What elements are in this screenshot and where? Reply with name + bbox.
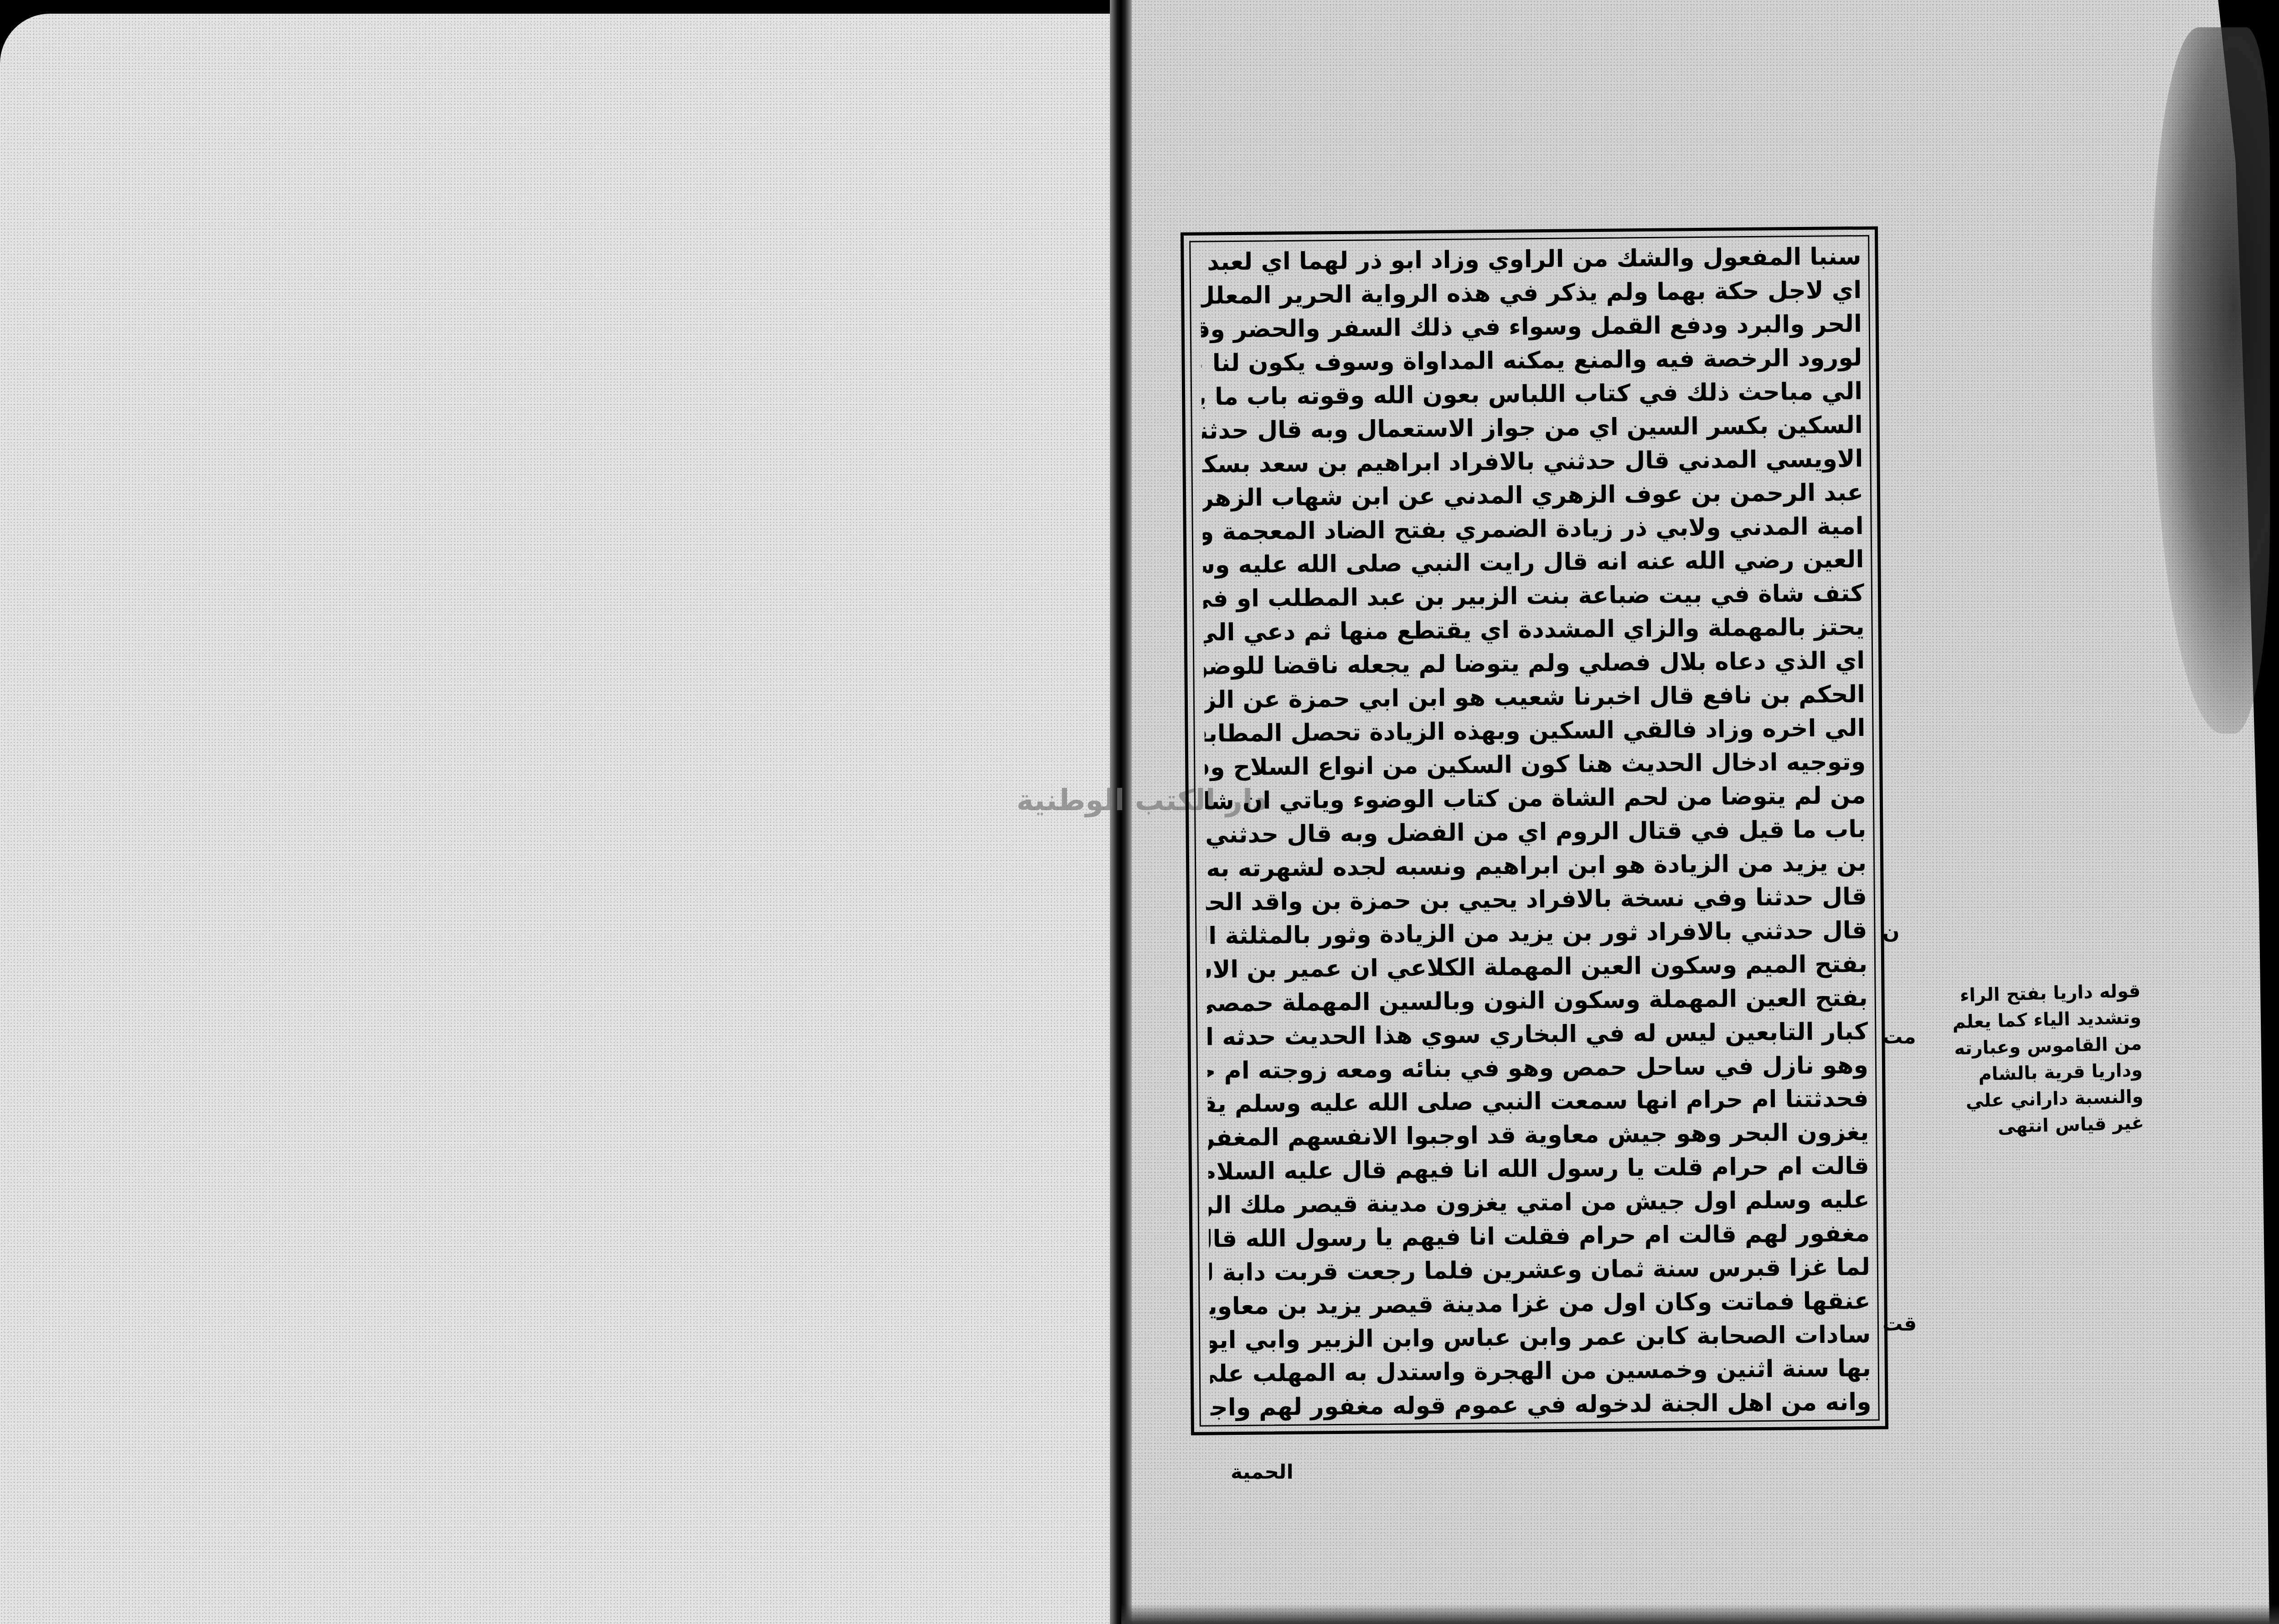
text-line: عبد الرحمن بن عوف الزهري المدني عن ابن ش… xyxy=(1202,474,1864,514)
text-line: وهو نازل في ساحل حمص وهو في بنائه ومعه ز… xyxy=(1207,1046,1869,1086)
text-line: فحدثتنا ام حرام انها سمعت النبي صلى الله… xyxy=(1207,1080,1869,1120)
text-line: كتف شاة في بيت ضباعة بنت الزبير بن عبد ا… xyxy=(1203,575,1865,614)
text-line: بها سنة اثنين وخمسين من الهجرة واستدل به… xyxy=(1210,1350,1872,1389)
margin-note-line: قوله داريا بفتح الراء xyxy=(1990,978,2141,1008)
text-frame: سنبا المفعول والشك من الراوي وزاد ابو ذر… xyxy=(1181,226,1888,1435)
text-line: يغزون البحر وهو جيش معاوية قد اوجبوا الا… xyxy=(1208,1114,1869,1153)
text-line: الي اخره وزاد فالقي السكين وبهذه الزيادة… xyxy=(1204,709,1866,749)
left-page-blank xyxy=(0,14,1117,1624)
margin-fragment: قت xyxy=(1882,1312,1917,1336)
text-line: من لم يتوضا من لحم الشاة من كتاب الوضوء … xyxy=(1205,777,1867,817)
text-line: قال حدثنا وفي نسخة بالافراد يحيي بن حمزة… xyxy=(1206,878,1867,918)
text-line: بن يزيد من الزيادة هو ابن ابراهيم ونسبه … xyxy=(1206,844,1867,884)
text-line: باب ما قيل في قتال الروم اي من الفضل وبه… xyxy=(1205,811,1867,850)
text-line: وانه من اهل الجنة لدخوله في عموم قوله مغ… xyxy=(1210,1383,1872,1423)
text-line: وتوجيه ادخال الحديث هنا كون السكين من ان… xyxy=(1205,743,1866,783)
text-line: الحر والبرد ودفع القمل وسواء في ذلك السف… xyxy=(1201,305,1862,345)
text-line: كبار التابعين ليس له في البخاري سوي هذا … xyxy=(1207,1012,1868,1052)
text-line: يحتز بالمهملة والزاي المشددة اي يقتطع من… xyxy=(1203,608,1865,648)
margin-note-line: وتشديد الياء كما يعلم xyxy=(1990,1004,2141,1035)
text-line: بفتح الميم وسكون العين المهملة الكلاعي ا… xyxy=(1207,946,1868,985)
marginal-gloss: قوله داريا بفتح الراءوتشديد الياء كما يع… xyxy=(1990,978,2145,1141)
main-text-block: سنبا المفعول والشك من الراوي وزاد ابو ذر… xyxy=(1200,238,1872,1423)
text-line: الاويسي المدني قال حدثني بالافراد ابراهي… xyxy=(1202,440,1863,480)
text-line: لما غزا قبرس سنة ثمان وعشرين فلما رجعت ق… xyxy=(1209,1249,1871,1288)
text-line: سادات الصحابة كابن عمر وابن عباس وابن ال… xyxy=(1210,1316,1871,1356)
text-line: الحكم بن نافع قال اخبرنا شعيب هو ابن ابي… xyxy=(1204,676,1866,715)
text-line: اي لاجل حكة بهما ولم يذكر في هذه الرواية… xyxy=(1201,272,1862,311)
margin-fragment: ن xyxy=(1882,920,1900,944)
page-bottom-shadow xyxy=(1121,1604,2279,1624)
margin-note-line: وداريا قرية بالشام xyxy=(1992,1057,2143,1088)
catchword: الحمية xyxy=(1231,1460,1293,1484)
text-line: اي الذي دعاه بلال فصلي ولم يتوضا لم يجعل… xyxy=(1204,642,1865,682)
text-line: مغفور لهم قالت ام حرام فقلت انا فيهم يا … xyxy=(1209,1215,1870,1254)
text-line: قال حدثني بالافراد ثور بن يزيد من الزياد… xyxy=(1206,912,1867,951)
text-line: بفتح العين المهملة وسكون النون وبالسين ا… xyxy=(1207,979,1868,1019)
text-line: سنبا المفعول والشك من الراوي وزاد ابو ذر… xyxy=(1200,238,1861,278)
text-line: الي مباحث ذلك في كتاب اللباس بعون الله و… xyxy=(1201,373,1863,412)
text-line: عليه وسلم اول جيش من امتي يغزون مدينة قي… xyxy=(1208,1181,1870,1221)
text-line: امية المدني ولابي ذر زيادة الضمري بفتح ا… xyxy=(1202,507,1864,547)
margin-note-line: غير قياس انتهى xyxy=(1993,1110,2144,1141)
margin-note-line: من القاموس وعبارته xyxy=(1991,1031,2142,1061)
text-line: السكين بكسر السين اي من جواز الاستعمال و… xyxy=(1201,406,1863,446)
text-line: عنقها فماتت وكان اول من غزا مدينة قيصر ي… xyxy=(1209,1282,1871,1322)
text-line: قالت ام حرام قلت يا رسول الله انا فيهم ق… xyxy=(1208,1147,1870,1187)
text-line: العين رضي الله عنه انه قال رايت النبي صل… xyxy=(1203,541,1864,581)
margin-note-line: والنسبة داراني علي xyxy=(1993,1084,2144,1114)
margin-fragment: مت xyxy=(1882,1025,1916,1048)
text-line: لورود الرخصة فيه والمنع يمكنه المداواة و… xyxy=(1201,339,1862,379)
